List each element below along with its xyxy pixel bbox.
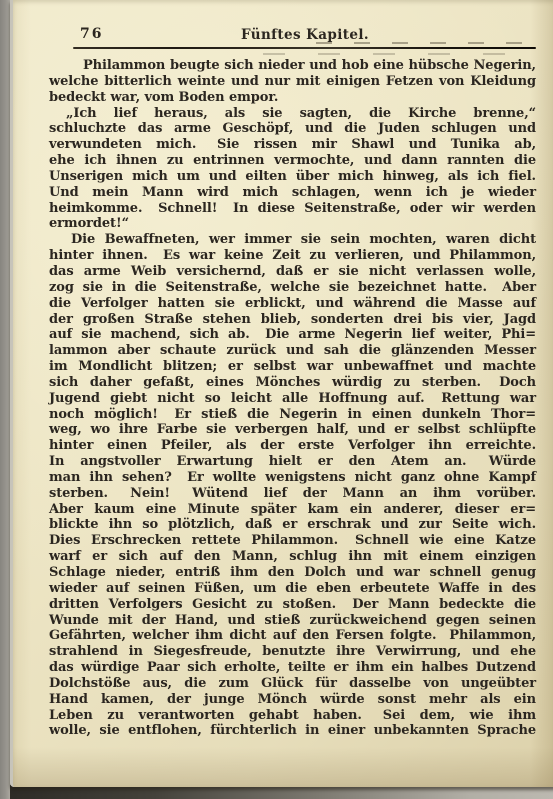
scan-edge-bottom <box>0 785 553 799</box>
text-line: In angstvoller Erwartung hielt er den At… <box>49 454 536 470</box>
text-line: Die Bewaffneten, wer immer sie sein moch… <box>49 232 536 248</box>
text-line: Philammon beugte sich nieder und hob ein… <box>49 58 536 74</box>
text-line: Und mein Mann wird mich schlagen, wenn i… <box>49 185 536 201</box>
text-line: dritten Verfolgers Gesicht zu stoßen. De… <box>49 597 536 613</box>
text-line: Aber kaum eine Minute später kam ein and… <box>49 502 536 518</box>
text-line: hinter einen Pfeiler, als der erste Verf… <box>49 438 536 454</box>
text-line: der großen Straße stehen blieb, sonderte… <box>49 312 536 328</box>
text-line: Gefährten, welcher ihm dicht auf den Fer… <box>49 628 536 644</box>
text-line: bedeckt war, vom Boden empor. <box>49 90 536 106</box>
page-number: 76 <box>80 26 103 42</box>
text-line: sterben. Nein! Wütend lief der Mann an i… <box>49 486 536 502</box>
text-line: zog sie in die Seitenstraße, welche sie … <box>49 280 536 296</box>
text-line: das würdige Paar sich erholte, teilte er… <box>49 660 536 676</box>
text-line: Unserigen mich um und eilten über mich h… <box>49 169 536 185</box>
header-rule <box>73 47 536 49</box>
text-line: ehe ich ihnen zu entrinnen vermochte, un… <box>49 153 536 169</box>
text-line: Dies Erschrecken rettete Philammon. Schn… <box>49 533 536 549</box>
book-scan: 76 Fünftes Kapitel. Philammon beugte sic… <box>0 0 553 799</box>
text-line: ermordet!“ <box>49 216 536 232</box>
text-line: Hand kamen, der junge Mönch würde sonst … <box>49 692 536 708</box>
text-line: Wunde mit der Hand, und stieß zurückweic… <box>49 613 536 629</box>
scan-edge-left <box>0 0 10 799</box>
text-line: hinter ihnen. Es war keine Zeit zu verli… <box>49 248 536 264</box>
body-text: Philammon beugte sich nieder und hob ein… <box>49 58 536 739</box>
text-line: Leben zu verantworten gehabt haben. Sei … <box>49 708 536 724</box>
text-line: noch möglich! Er stieß die Negerin in ei… <box>49 407 536 423</box>
text-line: heimkomme. Schnell! In diese Seitenstraß… <box>49 201 536 217</box>
ink-bleed-artifact <box>316 42 531 44</box>
text-line: verwundeten mich. Sie rissen mir Shawl u… <box>49 137 536 153</box>
text-line: auf sie machend, sich ab. Die arme Neger… <box>49 327 536 343</box>
text-line: sich daher gefaßt, eines Mönches würdig … <box>49 375 536 391</box>
text-line: weg, wo ihre Farbe sie verbergen half, u… <box>49 422 536 438</box>
running-header: Fünftes Kapitel. <box>241 27 369 43</box>
text-line: blickte ihn so plötzlich, daß er erschra… <box>49 517 536 533</box>
text-line: schluchzte das arme Geschöpf, und die Ju… <box>49 121 536 137</box>
text-line: welche bitterlich weinte und nur mit ein… <box>49 74 536 90</box>
text-line: „Ich lief heraus, als sie sagten, die Ki… <box>49 106 536 122</box>
text-line: warf er sich auf den Mann, schlug ihn mi… <box>49 549 536 565</box>
text-line: das arme Weib versichernd, daß er sie ni… <box>49 264 536 280</box>
text-line: Dolchstöße aus, die zum Glück für dassel… <box>49 676 536 692</box>
text-line: Jugend giebt nicht so leicht alle Hoffnu… <box>49 391 536 407</box>
text-line: man ihn sehen? Er wollte wenigstens nich… <box>49 470 536 486</box>
text-line: die Verfolger hatten sie erblickt, und w… <box>49 296 536 312</box>
text-line: strahlend in Siegesfreude, benutzte ihre… <box>49 644 536 660</box>
text-line: wolle, sie entflohen, fürchterlich in ei… <box>49 723 536 739</box>
text-line: im Mondlicht blitzen; er selbst war unbe… <box>49 359 536 375</box>
text-line: lammon aber schaute zurück und sah die g… <box>49 343 536 359</box>
text-line: Schlage nieder, entriß ihm den Dolch und… <box>49 565 536 581</box>
text-line: wieder auf seinen Füßen, um die eben erb… <box>49 581 536 597</box>
ink-bleed-artifact <box>263 53 529 55</box>
book-page: 76 Fünftes Kapitel. Philammon beugte sic… <box>10 0 553 787</box>
